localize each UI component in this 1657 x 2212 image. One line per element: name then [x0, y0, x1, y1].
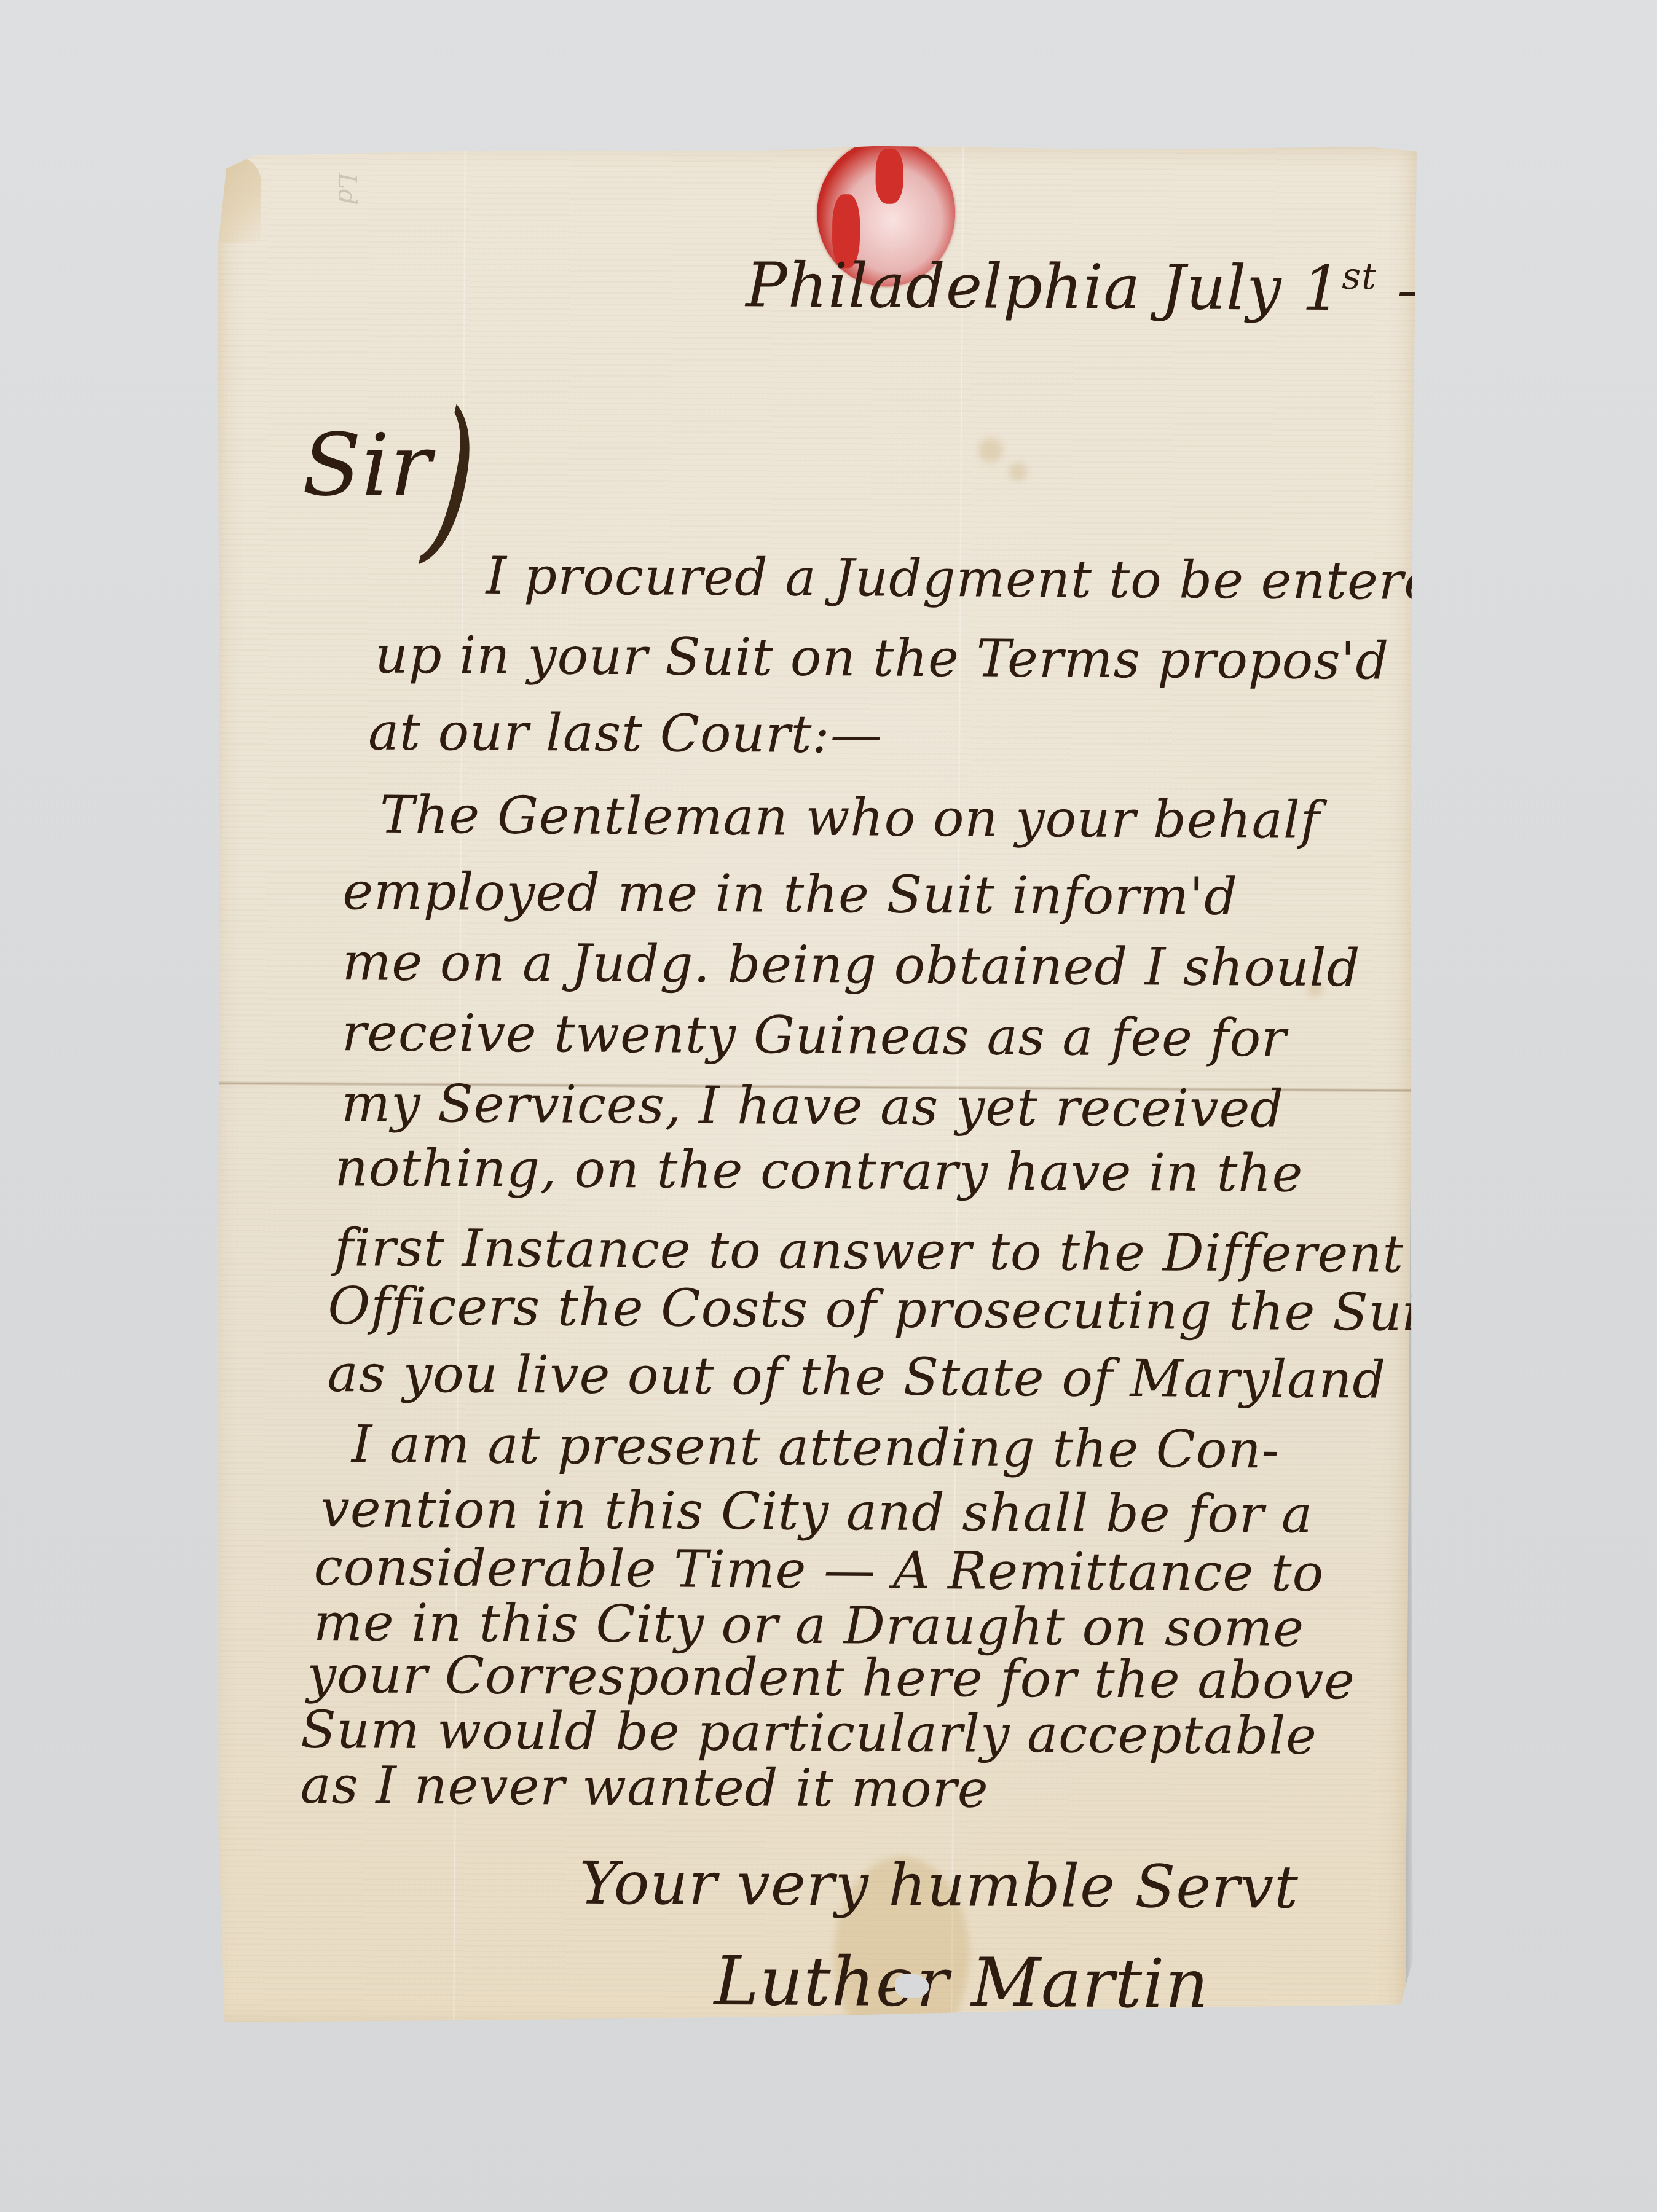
dateline-date-suffix: st	[1342, 255, 1377, 298]
dateline-date: July 1	[1160, 251, 1342, 324]
letter-line: vention in this City and shall be for a	[320, 1478, 1313, 1545]
letter-line: receive twenty Guineas as a fee for	[342, 1002, 1287, 1068]
seal-wax-fragment	[875, 149, 903, 204]
letter-line: first Instance to answer to the Differen…	[334, 1217, 1404, 1284]
foxing-stain	[1009, 463, 1028, 481]
dateline-place: Philadelphia	[746, 249, 1141, 323]
letter-line: at our last Court:—	[368, 702, 883, 765]
letter-line: nothing, on the contrary have in the	[334, 1137, 1303, 1204]
foxing-stain	[978, 438, 1003, 463]
letter-line: up in your Suit on the Terms propos'd	[375, 625, 1390, 691]
letter-line: I procured a Judgment to be entered	[486, 546, 1469, 612]
salutation: Sir	[302, 415, 432, 516]
letter-line: my Services, I have as yet received	[341, 1073, 1284, 1139]
letter-paper: Ld Philadelphia July 1st – 1787 Sir ) I …	[207, 138, 1417, 2035]
letter-line: employed me in the Suit inform'd	[342, 861, 1238, 927]
letter-line: as you live out of the State of Maryland	[327, 1343, 1386, 1410]
letter-line: me on a Judg. being obtained I should	[342, 931, 1361, 998]
complimentary-closing: Your very humble Servt	[579, 1849, 1299, 1922]
letter-line: I am at present attending the Con-	[352, 1414, 1280, 1480]
letter-line: as I never wanted it more	[300, 1755, 989, 1819]
letter-line: Officers the Costs of prosecuting the Su…	[328, 1276, 1441, 1343]
letter-line: The Gentleman who on your behalf	[380, 785, 1320, 850]
bleed-through-notation: Ld	[279, 173, 365, 205]
